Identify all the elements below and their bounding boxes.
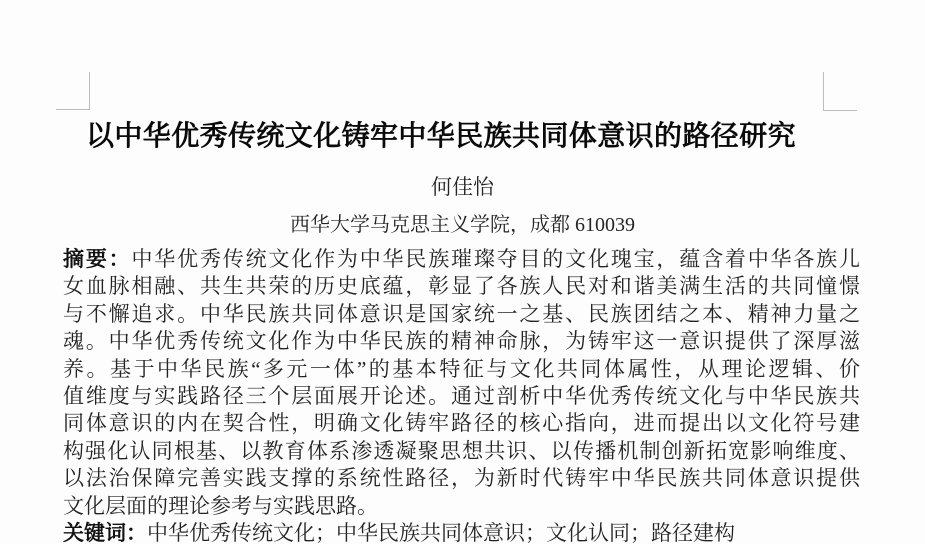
text-boundary-corner-left-icon xyxy=(56,72,90,110)
abstract-line: 与不懈追求。中华民族共同体意识是国家统一之基、民族团结之本、精神力量之 xyxy=(63,301,860,328)
abstract-line: 摘要：中华优秀传统文化作为中华民族璀璨夺目的文化瑰宝，蕴含着中华各族儿 xyxy=(63,246,860,273)
abstract-line: 女血脉相融、共生共荣的历史底蕴，彰显了各族人民对和谐美满生活的共同憧憬 xyxy=(63,273,860,300)
abstract-line: 同体意识的内在契合性，明确文化铸牢路径的核心指向，进而提出以文化符号建 xyxy=(63,410,860,437)
keywords-text: 中华优秀传统文化；中华民族共同体意识；文化认同；路径建构 xyxy=(147,521,735,544)
keywords-label: 关键词： xyxy=(63,522,147,544)
abstract-paragraph: 摘要：中华优秀传统文化作为中华民族璀璨夺目的文化瑰宝，蕴含着中华各族儿 女血脉相… xyxy=(63,246,860,520)
document-page: 以中华优秀传统文化铸牢中华民族共同体意识的路径研究 何佳怡 西华大学马克思主义学… xyxy=(0,0,925,544)
keywords-line: 关键词：中华优秀传统文化；中华民族共同体意识；文化认同；路径建构 xyxy=(63,520,735,544)
abstract-line: 以法治保障完善实践支撑的系统性路径，为新时代铸牢中华民族共同体意识提供 xyxy=(63,465,860,492)
abstract-line: 构强化认同根基、以教育体系渗透凝聚思想共识、以传播机制创新拓宽影响维度、 xyxy=(63,438,860,465)
text-boundary-corner-right-icon xyxy=(823,72,857,111)
abstract-label: 摘要： xyxy=(63,248,131,271)
author-affiliation: 西华大学马克思主义学院，成都 610039 xyxy=(0,210,925,240)
abstract-line-text: 中华优秀传统文化作为中华民族璀璨夺目的文化瑰宝，蕴含着中华各族儿 xyxy=(131,247,860,271)
paper-title: 以中华优秀传统文化铸牢中华民族共同体意识的路径研究 xyxy=(86,114,796,158)
abstract-line: 值维度与实践路径三个层面展开论述。通过剖析中华优秀传统文化与中华民族共 xyxy=(63,383,860,410)
abstract-line-last: 文化层面的理论参考与实践思路。 xyxy=(63,493,860,520)
abstract-line: 魂。中华优秀传统文化作为中华民族的精神命脉，为铸牢这一意识提供了深厚滋 xyxy=(63,328,860,355)
author-name: 何佳怡 xyxy=(0,172,925,202)
abstract-line: 养。基于中华民族“多元一体”的基本特征与文化共同体属性，从理论逻辑、价 xyxy=(63,356,860,383)
